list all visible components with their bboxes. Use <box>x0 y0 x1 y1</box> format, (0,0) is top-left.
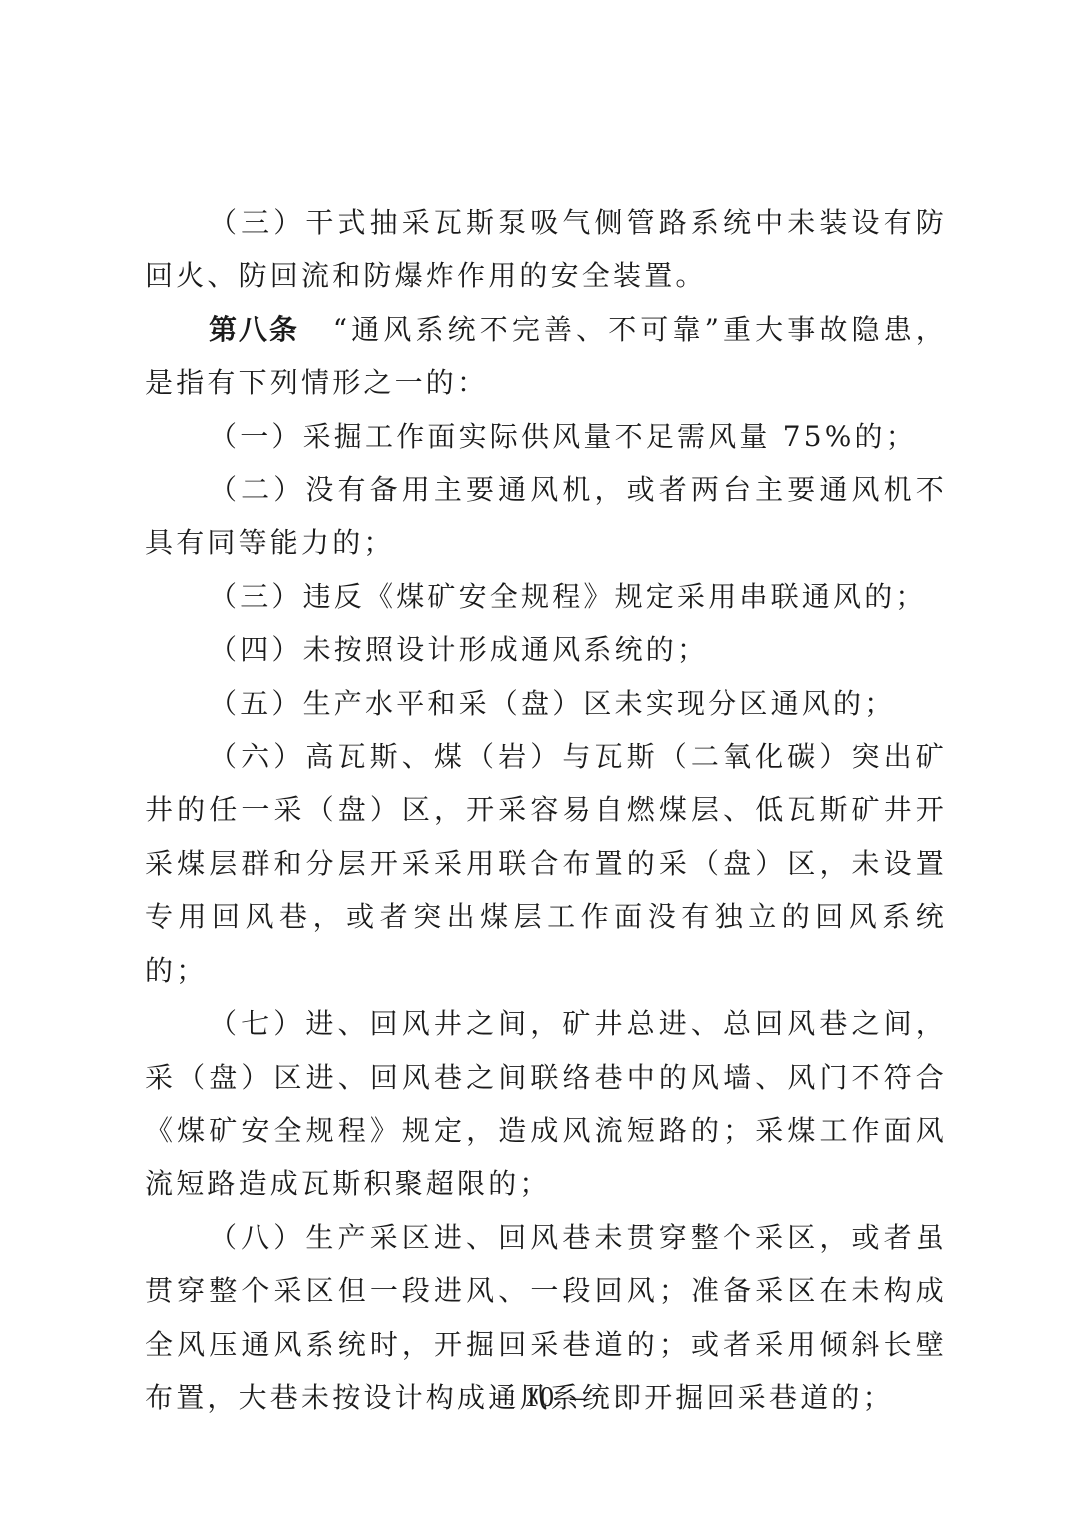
article-label: 第八条 <box>209 313 299 346</box>
paragraph-item-3-gas-pump: （三）干式抽采瓦斯泵吸气侧管路系统中未装设有防回火、防回流和防爆炸作用的安全装置… <box>145 196 947 303</box>
document-page: （三）干式抽采瓦斯泵吸气侧管路系统中未装设有防回火、防回流和防爆炸作用的安全装置… <box>0 0 1080 1527</box>
paragraph-item-2: （二）没有备用主要通风机，或者两台主要通风机不具有同等能力的； <box>145 463 947 570</box>
document-body: （三）干式抽采瓦斯泵吸气侧管路系统中未装设有防回火、防回流和防爆炸作用的安全装置… <box>145 196 947 1424</box>
page-number-dash-right: – <box>570 1382 586 1414</box>
page-number-dash-left: – <box>494 1382 510 1414</box>
page-number-value: 10 <box>524 1382 556 1413</box>
paragraph-item-4: （四）未按照设计形成通风系统的； <box>145 623 947 676</box>
paragraph-item-5: （五）生产水平和采（盘）区未实现分区通风的； <box>145 677 947 730</box>
page-number: –10– <box>0 1382 1080 1414</box>
paragraph-item-3: （三）违反《煤矿安全规程》规定采用串联通风的； <box>145 570 947 623</box>
paragraph-item-1: （一）采掘工作面实际供风量不足需风量 75%的； <box>145 410 947 463</box>
paragraph-item-6: （六）高瓦斯、煤（岩）与瓦斯（二氧化碳）突出矿井的任一采（盘）区，开采容易自燃煤… <box>145 730 947 997</box>
paragraph-item-7: （七）进、回风井之间，矿井总进、总回风巷之间，采（盘）区进、回风巷之间联络巷中的… <box>145 997 947 1211</box>
paragraph-article-8: 第八条“通风系统不完善、不可靠”重大事故隐患，是指有下列情形之一的： <box>145 303 947 410</box>
